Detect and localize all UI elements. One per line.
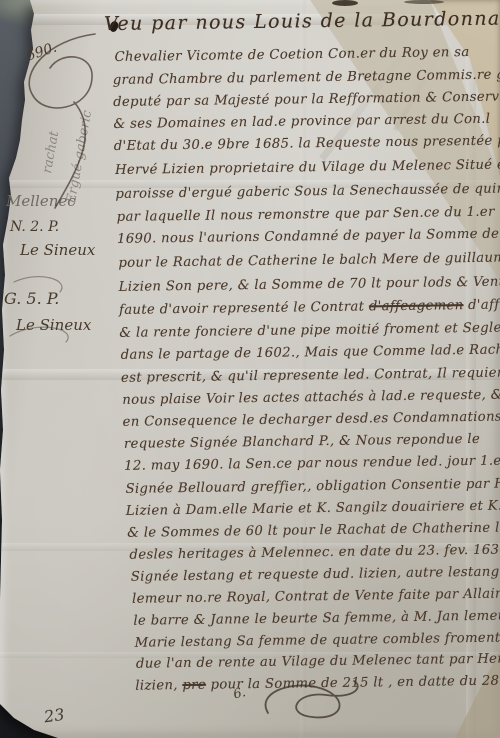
manuscript-line: Signée lestang et requeste dud. lizien, …: [131, 564, 500, 585]
photo-stage: Veu par nous Louis de la Bourdonnaye Che…: [0, 0, 500, 738]
margin-flourish-swash: [0, 0, 260, 240]
manuscript-line: lemeur no.re Royal, Contrat de Vente fai…: [132, 587, 500, 607]
signature-paraph-flourish: [0, 240, 120, 360]
manuscript-line: nous plaise Voir les actes attachés à la…: [122, 388, 500, 408]
line-segment: faute d'avoir representé le Contrat: [119, 299, 369, 317]
manuscript-line: dans le partage de 1602., Mais que Comme…: [121, 342, 500, 363]
page-number: 23: [43, 705, 66, 727]
manuscript-line: & le Sommes de 60 lt pour le Rachat de C…: [127, 520, 500, 541]
manuscript-line: Marie lestang Sa femme de quatre combles…: [135, 630, 500, 651]
manuscript-line: en Consequence le decharger desd.es Cond…: [123, 409, 500, 430]
manuscript-line: & la rente fonciere d'une pipe moitié fr…: [119, 320, 500, 341]
manuscript-line: 12. may 1690. la Sen.ce par nous rendue …: [124, 452, 500, 474]
line-segment: d'affranchissem: [463, 296, 500, 313]
manuscript-line: Lizien à Dam.elle Marie et K. Sangilz do…: [126, 498, 500, 519]
bottom-paraph-flourish: [250, 675, 380, 730]
manuscript-line: pour le Rachat de Catherine le balch Mer…: [118, 250, 500, 271]
manuscript-line: le barre & Janne le beurte Sa femme, à M…: [133, 608, 500, 629]
manuscript-line-struck: faute d'avoir representé le Contrat d'af…: [119, 296, 500, 317]
manuscript-line: Signée Bellouard greffier,, obligation C…: [125, 476, 500, 497]
struck-word: d'affeagemen: [369, 298, 464, 314]
manuscript-line: due l'an de rente au Vilage du Melenec t…: [136, 651, 500, 671]
line-segment: lizien,: [135, 678, 182, 694]
manuscript-line: est prescrit, & qu'il represente led. Co…: [121, 365, 500, 386]
manuscript-line: Lizien Son pere, & la Somme de 70 lt pou…: [119, 274, 500, 295]
struck-word: pre: [182, 678, 206, 693]
manuscript-line: requeste Signée Blanchard P., & Nous rep…: [124, 432, 480, 452]
manuscript-line: desles heritages à Melennec. en date du …: [129, 542, 500, 562]
